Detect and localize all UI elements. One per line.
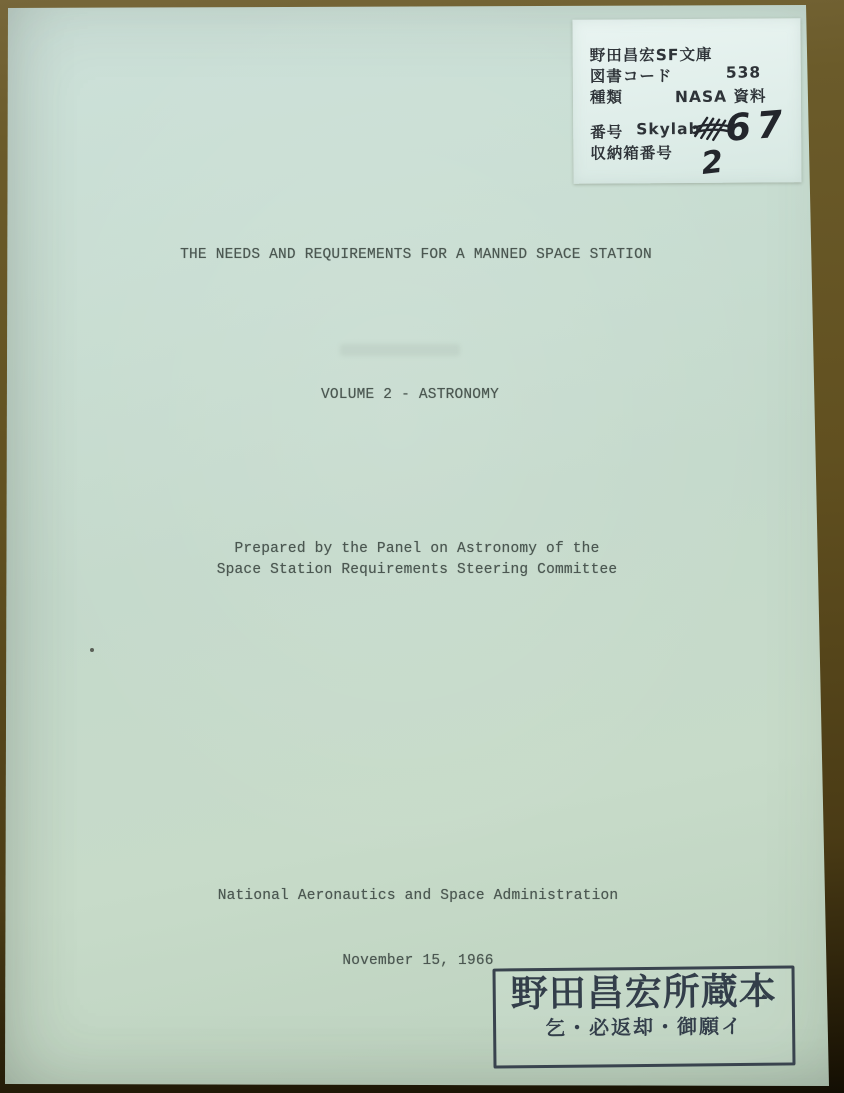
library-label-code-value: 538 bbox=[726, 63, 761, 81]
prepared-line-2: Space Station Requirements Steering Comm… bbox=[217, 562, 618, 578]
photo-background: THE NEEDS AND REQUIREMENTS FOR A MANNED … bbox=[0, 0, 844, 1093]
library-label-collection: 野田昌宏SF文庫 bbox=[590, 43, 713, 66]
date-line: November 15, 1966 bbox=[342, 953, 493, 969]
owner-stamp: 野田昌宏所蔵本 乞・必返却・御願イ bbox=[492, 965, 795, 1068]
library-label-number-value: Skylab bbox=[636, 120, 701, 138]
library-label-storage-box-label: 収納箱番号 bbox=[590, 141, 673, 164]
library-label: 野田昌宏SF文庫 図書コード 538 種類 NASA 資料 番号 Skylab … bbox=[572, 18, 801, 184]
volume-line: VOLUME 2 - ASTRONOMY bbox=[321, 387, 499, 403]
paper-speck bbox=[90, 648, 94, 652]
handwritten-box-number: 2 bbox=[699, 144, 724, 182]
library-label-type-value: NASA 資料 bbox=[675, 84, 767, 107]
organization-line: National Aeronautics and Space Administr… bbox=[218, 888, 619, 904]
faint-smudge bbox=[340, 344, 460, 356]
prepared-by-block: Prepared by the Panel on Astronomy of th… bbox=[217, 539, 618, 581]
library-label-type-label: 種類 bbox=[590, 85, 623, 107]
prepared-line-1: Prepared by the Panel on Astronomy of th… bbox=[235, 541, 600, 557]
owner-stamp-line-2: 乞・必返却・御願イ bbox=[496, 1012, 792, 1041]
handwritten-number: 67 bbox=[724, 102, 791, 150]
library-label-number-label: 番号 bbox=[590, 120, 623, 142]
cover-title: THE NEEDS AND REQUIREMENTS FOR A MANNED … bbox=[180, 247, 652, 263]
owner-stamp-line-1: 野田昌宏所蔵本 bbox=[496, 970, 792, 1015]
library-label-code-label: 図書コード bbox=[590, 64, 673, 87]
